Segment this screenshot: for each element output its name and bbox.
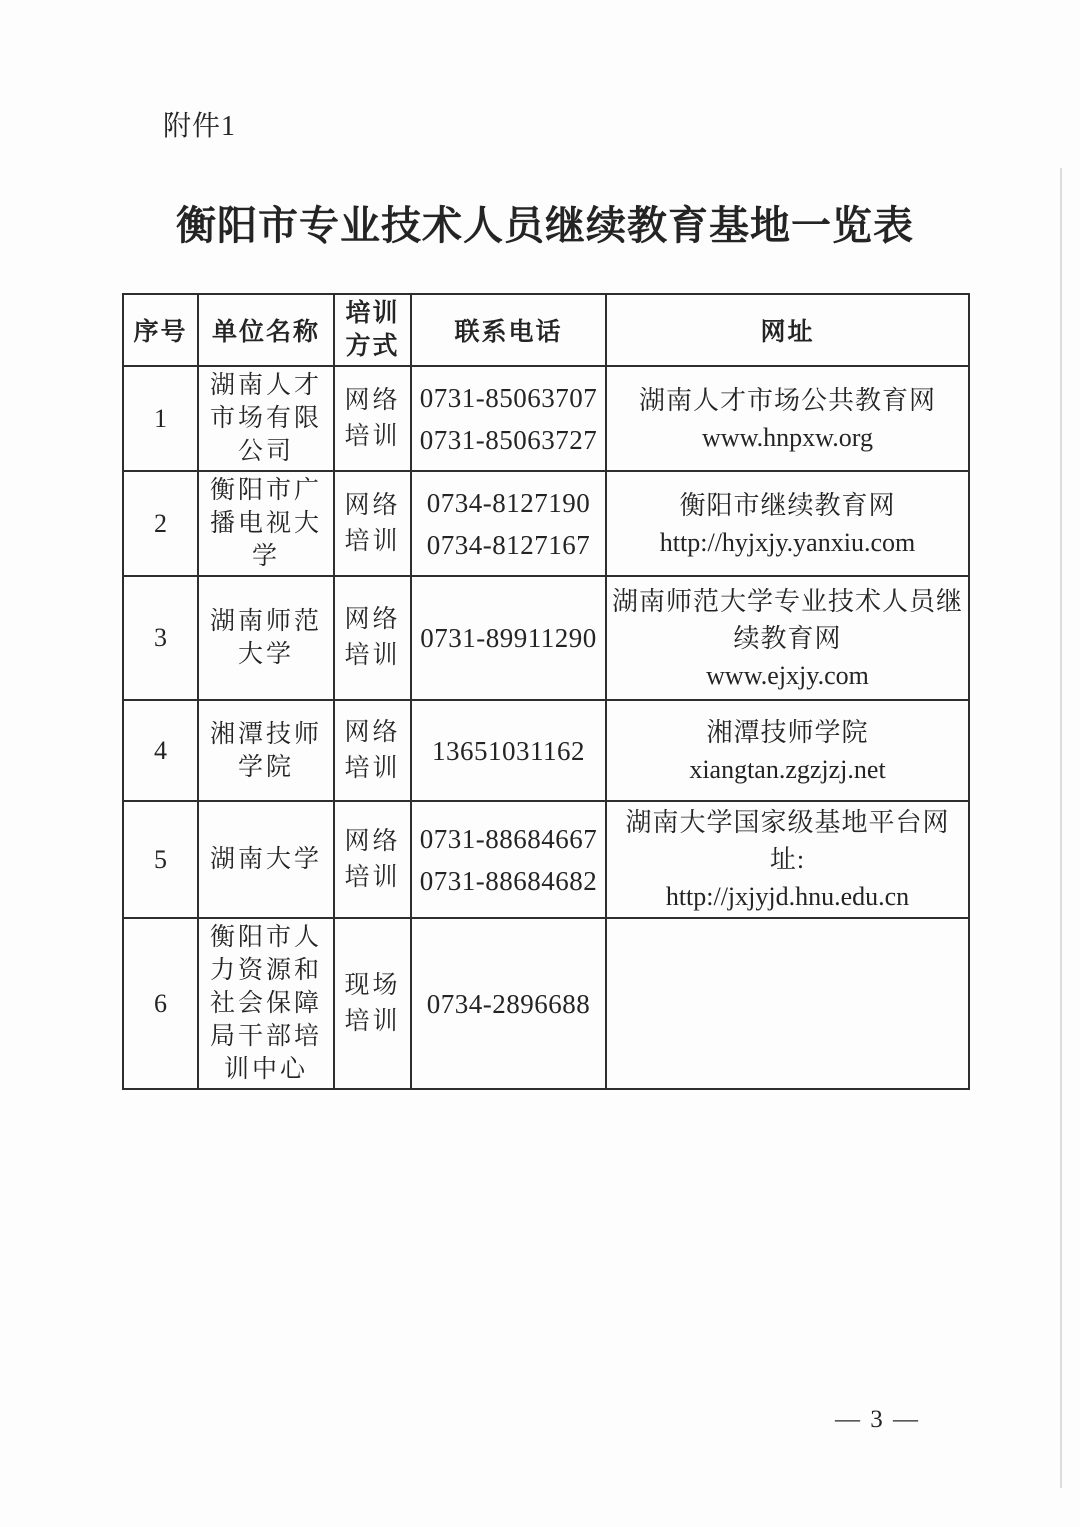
table-row: 3 湖南师范 大学 网络 培训 0731-89911290 湖南师范大学专业技术… — [123, 576, 969, 700]
text-line: 培训 — [339, 1004, 406, 1040]
cell-website: 湖南大学国家级基地平台网址: http://jxjyjd.hnu.edu.cn — [606, 801, 969, 918]
text-line: 网络 — [339, 488, 406, 524]
text-line: 训中心 — [203, 1053, 329, 1086]
cell-training-method: 网络 培训 — [334, 471, 411, 576]
text-line: 湖南人才 — [203, 369, 329, 402]
text-line: 市场有限 — [203, 402, 329, 435]
header-phone: 联系电话 — [411, 294, 606, 366]
cell-training-method: 网络 培训 — [334, 576, 411, 700]
text-line: 培训 — [339, 751, 406, 787]
table-row: 2 衡阳市广 播电视大 学 网络 培训 0734-8127190 0734-81… — [123, 471, 969, 576]
scan-edge-artifact — [1060, 168, 1062, 1488]
text-line: 0731-85063707 — [416, 377, 601, 419]
text-line: 续教育网 — [611, 620, 964, 657]
text-line: 0734-2896688 — [416, 983, 601, 1025]
page-number: — 3 — — [122, 1406, 920, 1434]
text-line: 衡阳市人 — [203, 921, 329, 954]
text-line: 公司 — [203, 435, 329, 468]
text-line: 湖南师范大学专业技术人员继 — [611, 583, 964, 620]
text-line: 学院 — [203, 751, 329, 784]
text-line: 湘潭技师学院 — [611, 714, 964, 751]
text-line: 0734-8127190 — [416, 482, 601, 524]
document-title: 衡阳市专业技术人员继续教育基地一览表 — [122, 194, 968, 251]
cell-training-method: 现场 培训 — [334, 918, 411, 1089]
text-line: 湖南人才市场公共教育网 — [611, 382, 964, 419]
text-line: 局干部培 — [203, 1020, 329, 1053]
text-line: 13651031162 — [416, 730, 601, 772]
text-line: 培训 — [339, 860, 406, 896]
text-line: www.ejxjy.com — [611, 657, 964, 694]
education-base-table: 序号 单位名称 培训 方式 联系电话 网址 1 湖南人才 市场有限 公司 网 — [122, 293, 970, 1090]
text-line: 网络 — [339, 824, 406, 860]
cell-website-empty — [606, 918, 969, 1089]
cell-website: 湖南人才市场公共教育网 www.hnpxw.org — [606, 366, 969, 471]
header-no: 序号 — [123, 294, 198, 366]
document-page: 附件1 衡阳市专业技术人员继续教育基地一览表 序号 单位名称 培训 方式 联系电… — [0, 0, 1080, 1527]
text-line: 网络 — [339, 383, 406, 419]
text-line: 湖南大学国家级基地平台网址: — [611, 804, 964, 878]
text-line: 播电视大 — [203, 507, 329, 540]
text-line: http://hyjxjy.yanxiu.com — [611, 524, 964, 561]
text-line: 网络 — [339, 602, 406, 638]
text-line: 社会保障 — [203, 987, 329, 1020]
text-line: 衡阳市广 — [203, 474, 329, 507]
text-line: 培训 — [339, 638, 406, 674]
text-line: 网络 — [339, 715, 406, 751]
cell-unit-name: 湘潭技师 学院 — [198, 700, 334, 801]
cell-no: 2 — [123, 471, 198, 576]
text-line: 衡阳市继续教育网 — [611, 487, 964, 524]
header-website: 网址 — [606, 294, 969, 366]
cell-phone: 0731-88684667 0731-88684682 — [411, 801, 606, 918]
cell-no: 5 — [123, 801, 198, 918]
cell-unit-name: 衡阳市人 力资源和 社会保障 局干部培 训中心 — [198, 918, 334, 1089]
text-line: 力资源和 — [203, 954, 329, 987]
text-line: 培训 — [339, 297, 406, 330]
text-line: xiangtan.zgzjzj.net — [611, 751, 964, 788]
cell-phone: 0731-89911290 — [411, 576, 606, 700]
cell-website: 湘潭技师学院 xiangtan.zgzjzj.net — [606, 700, 969, 801]
cell-training-method: 网络 培训 — [334, 801, 411, 918]
table-row: 5 湖南大学 网络 培训 0731-88684667 0731-88684682… — [123, 801, 969, 918]
text-line: 培训 — [339, 419, 406, 455]
text-line: 方式 — [339, 330, 406, 363]
text-line: 0731-88684667 — [416, 818, 601, 860]
cell-phone: 0734-2896688 — [411, 918, 606, 1089]
text-line: 0731-85063727 — [416, 419, 601, 461]
table-header-row: 序号 单位名称 培训 方式 联系电话 网址 — [123, 294, 969, 366]
cell-unit-name: 湖南师范 大学 — [198, 576, 334, 700]
text-line: http://jxjyjd.hnu.edu.cn — [611, 878, 964, 915]
text-line: 0734-8127167 — [416, 524, 601, 566]
table-row: 1 湖南人才 市场有限 公司 网络 培训 0731-85063707 0731-… — [123, 366, 969, 471]
header-training-method: 培训 方式 — [334, 294, 411, 366]
text-line: 0731-89911290 — [416, 617, 601, 659]
text-line: 湖南师范 — [203, 605, 329, 638]
attachment-label: 附件1 — [163, 104, 236, 144]
cell-no: 4 — [123, 700, 198, 801]
text-line: 培训 — [339, 524, 406, 560]
text-line: 湖南大学 — [203, 843, 329, 876]
text-line: 现场 — [339, 968, 406, 1004]
text-line: 学 — [203, 540, 329, 573]
cell-website: 衡阳市继续教育网 http://hyjxjy.yanxiu.com — [606, 471, 969, 576]
cell-phone: 13651031162 — [411, 700, 606, 801]
text-line: www.hnpxw.org — [611, 419, 964, 456]
cell-training-method: 网络 培训 — [334, 700, 411, 801]
text-line: 大学 — [203, 638, 329, 671]
cell-unit-name: 衡阳市广 播电视大 学 — [198, 471, 334, 576]
cell-training-method: 网络 培训 — [334, 366, 411, 471]
cell-no: 6 — [123, 918, 198, 1089]
cell-phone: 0731-85063707 0731-85063727 — [411, 366, 606, 471]
header-unit-name: 单位名称 — [198, 294, 334, 366]
table-row: 4 湘潭技师 学院 网络 培训 13651031162 湘潭技师学院 xiang… — [123, 700, 969, 801]
cell-unit-name: 湖南人才 市场有限 公司 — [198, 366, 334, 471]
cell-phone: 0734-8127190 0734-8127167 — [411, 471, 606, 576]
table-row: 6 衡阳市人 力资源和 社会保障 局干部培 训中心 现场 培训 0734-289… — [123, 918, 969, 1089]
cell-unit-name: 湖南大学 — [198, 801, 334, 918]
text-line: 0731-88684682 — [416, 860, 601, 902]
cell-no: 1 — [123, 366, 198, 471]
cell-no: 3 — [123, 576, 198, 700]
cell-website: 湖南师范大学专业技术人员继 续教育网 www.ejxjy.com — [606, 576, 969, 700]
text-line: 湘潭技师 — [203, 718, 329, 751]
